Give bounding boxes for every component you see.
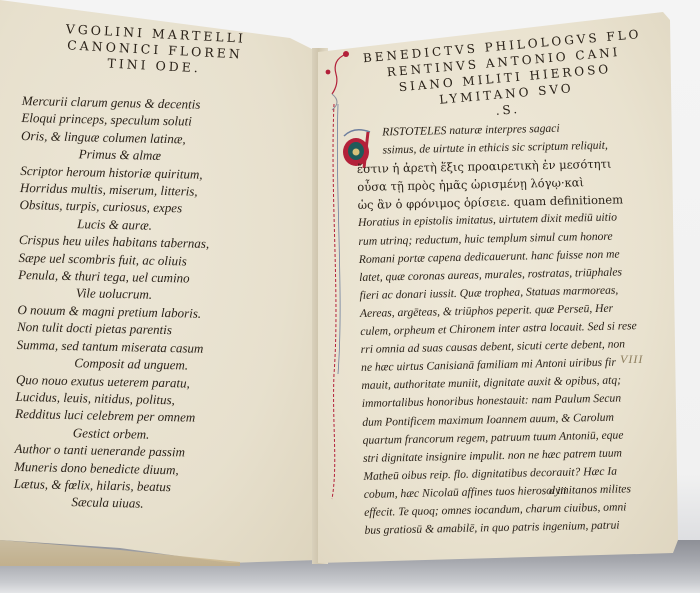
signature-mark: a iii (549, 485, 566, 497)
ode-verses: Mercurii clarum genus & decentisEloqui p… (13, 92, 212, 514)
margin-note: VIII (620, 352, 643, 367)
red-border-flourish-icon (320, 44, 360, 504)
book-photo: VGOLINI MARTELLI CANONICI FLOREN TINI OD… (0, 0, 700, 593)
letter-body: RISTOTELES naturæ interpres sagacissimus… (356, 118, 641, 540)
